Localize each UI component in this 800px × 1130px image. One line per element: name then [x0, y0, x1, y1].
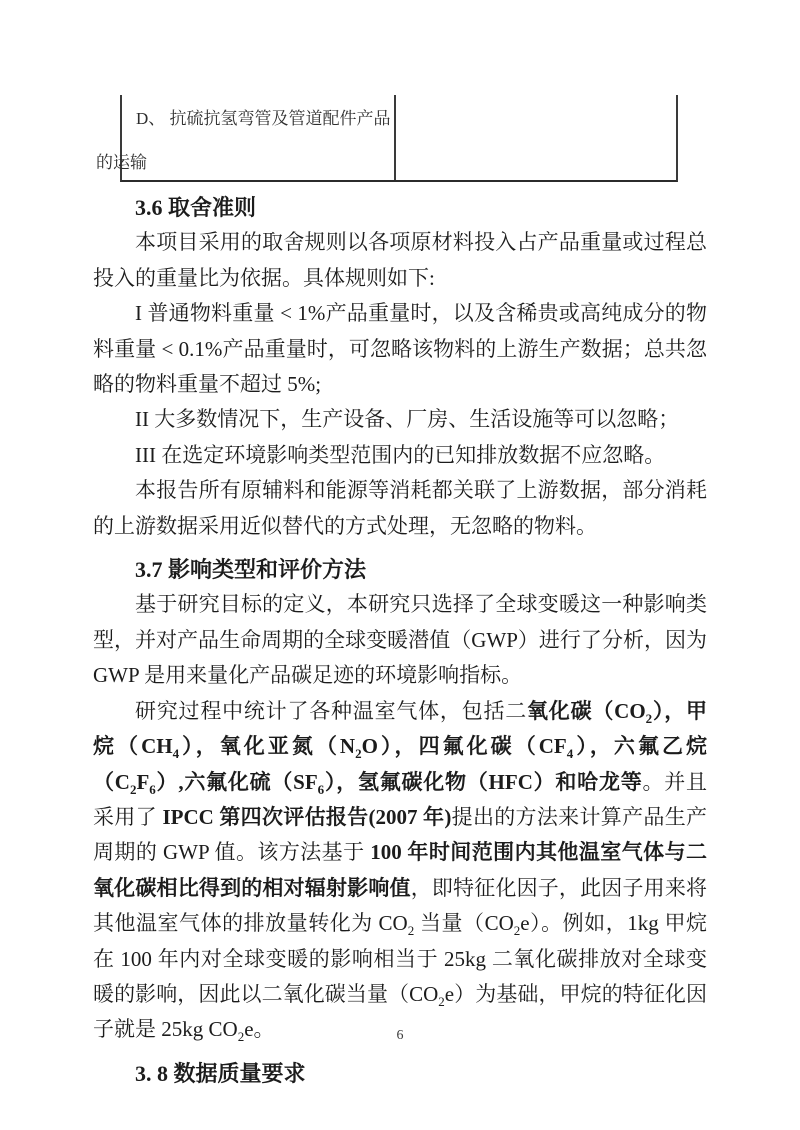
table-cell-line1: D、 抗硫抗氢弯管及管道配件产品 [136, 109, 394, 129]
paragraph-rule-1: I 普通物料重量 < 1%产品重量时，以及含稀贵或高纯成分的物料重量 < 0.1… [93, 296, 707, 402]
paragraph-rule-3: III 在选定环境影响类型范围内的已知排放数据不应忽略。 [93, 438, 707, 473]
page-number: 6 [0, 1028, 800, 1044]
paragraph-ghg-detail: 研究过程中统计了各种温室气体，包括二氧化碳（CO2），甲烷（CH4），氧化亚氮（… [93, 694, 707, 1048]
table-cell-transport: D、 抗硫抗氢弯管及管道配件产品 的运输 [122, 95, 396, 180]
paragraph-rule-2: II 大多数情况下，生产设备、厂房、生活设施等可以忽略； [93, 402, 707, 437]
text-run: O），四氟化碳（CF [362, 734, 567, 758]
text-run: 研究过程中统计了各种温室气体，包括二 [135, 699, 527, 723]
text-run: ），氢氟碳化物（HFC）和哈龙等 [324, 770, 642, 794]
table-cell-line2: 的运输 [96, 153, 394, 173]
paragraph-cutoff-intro: 本项目采用的取舍规则以各项原材料投入占产品重量或过程总投入的重量比为依据。具体规… [93, 225, 707, 296]
text-run: II 大多数情况下，生产设备、厂房、生活设施等可以忽略； [135, 407, 679, 431]
table-cell-empty [396, 95, 676, 180]
section-heading-3-8: 3. 8 数据质量要求 [93, 1056, 707, 1091]
text-run: 氧化碳（CO [527, 699, 646, 723]
text-run: 本项目采用的取舍规则以各项原材料投入占产品重量或过程总投入的重量比为依据。具体规… [93, 230, 707, 289]
text-run: III 在选定环境影响类型范围内的已知排放数据不应忽略。 [135, 443, 665, 467]
text-run: F [136, 770, 149, 794]
section-heading-3-6: 3.6 取舍准则 [93, 190, 707, 225]
paragraph-gwp-intro: 基于研究目标的定义，本研究只选择了全球变暖这一种影响类型，并对产品生命周期的全球… [93, 587, 707, 693]
section-heading-3-7: 3.7 影响类型和评价方法 [93, 552, 707, 587]
document-page: D、 抗硫抗氢弯管及管道配件产品 的运输 3.6 取舍准则 本项目采用的取舍规则… [0, 0, 800, 1130]
text-run: ），氧化亚氮（N [179, 734, 355, 758]
text-run: IPCC 第四次评估报告(2007 年) [162, 805, 451, 829]
text-run: ）,六氟化硫（SF [156, 770, 318, 794]
text-run: I 普通物料重量 < 1%产品重量时，以及含稀贵或高纯成分的物料重量 < 0.1… [93, 301, 707, 396]
text-run: 基于研究目标的定义，本研究只选择了全球变暖这一种影响类型，并对产品生命周期的全球… [93, 592, 707, 687]
table-fragment: D、 抗硫抗氢弯管及管道配件产品 的运输 [120, 95, 678, 182]
document-body: 3.6 取舍准则 本项目采用的取舍规则以各项原材料投入占产品重量或过程总投入的重… [93, 190, 707, 1091]
text-run: 当量（CO [414, 911, 514, 935]
text-run: 本报告所有原辅料和能源等消耗都关联了上游数据，部分消耗的上游数据采用近似替代的方… [93, 478, 707, 537]
paragraph-cutoff-note: 本报告所有原辅料和能源等消耗都关联了上游数据，部分消耗的上游数据采用近似替代的方… [93, 473, 707, 544]
